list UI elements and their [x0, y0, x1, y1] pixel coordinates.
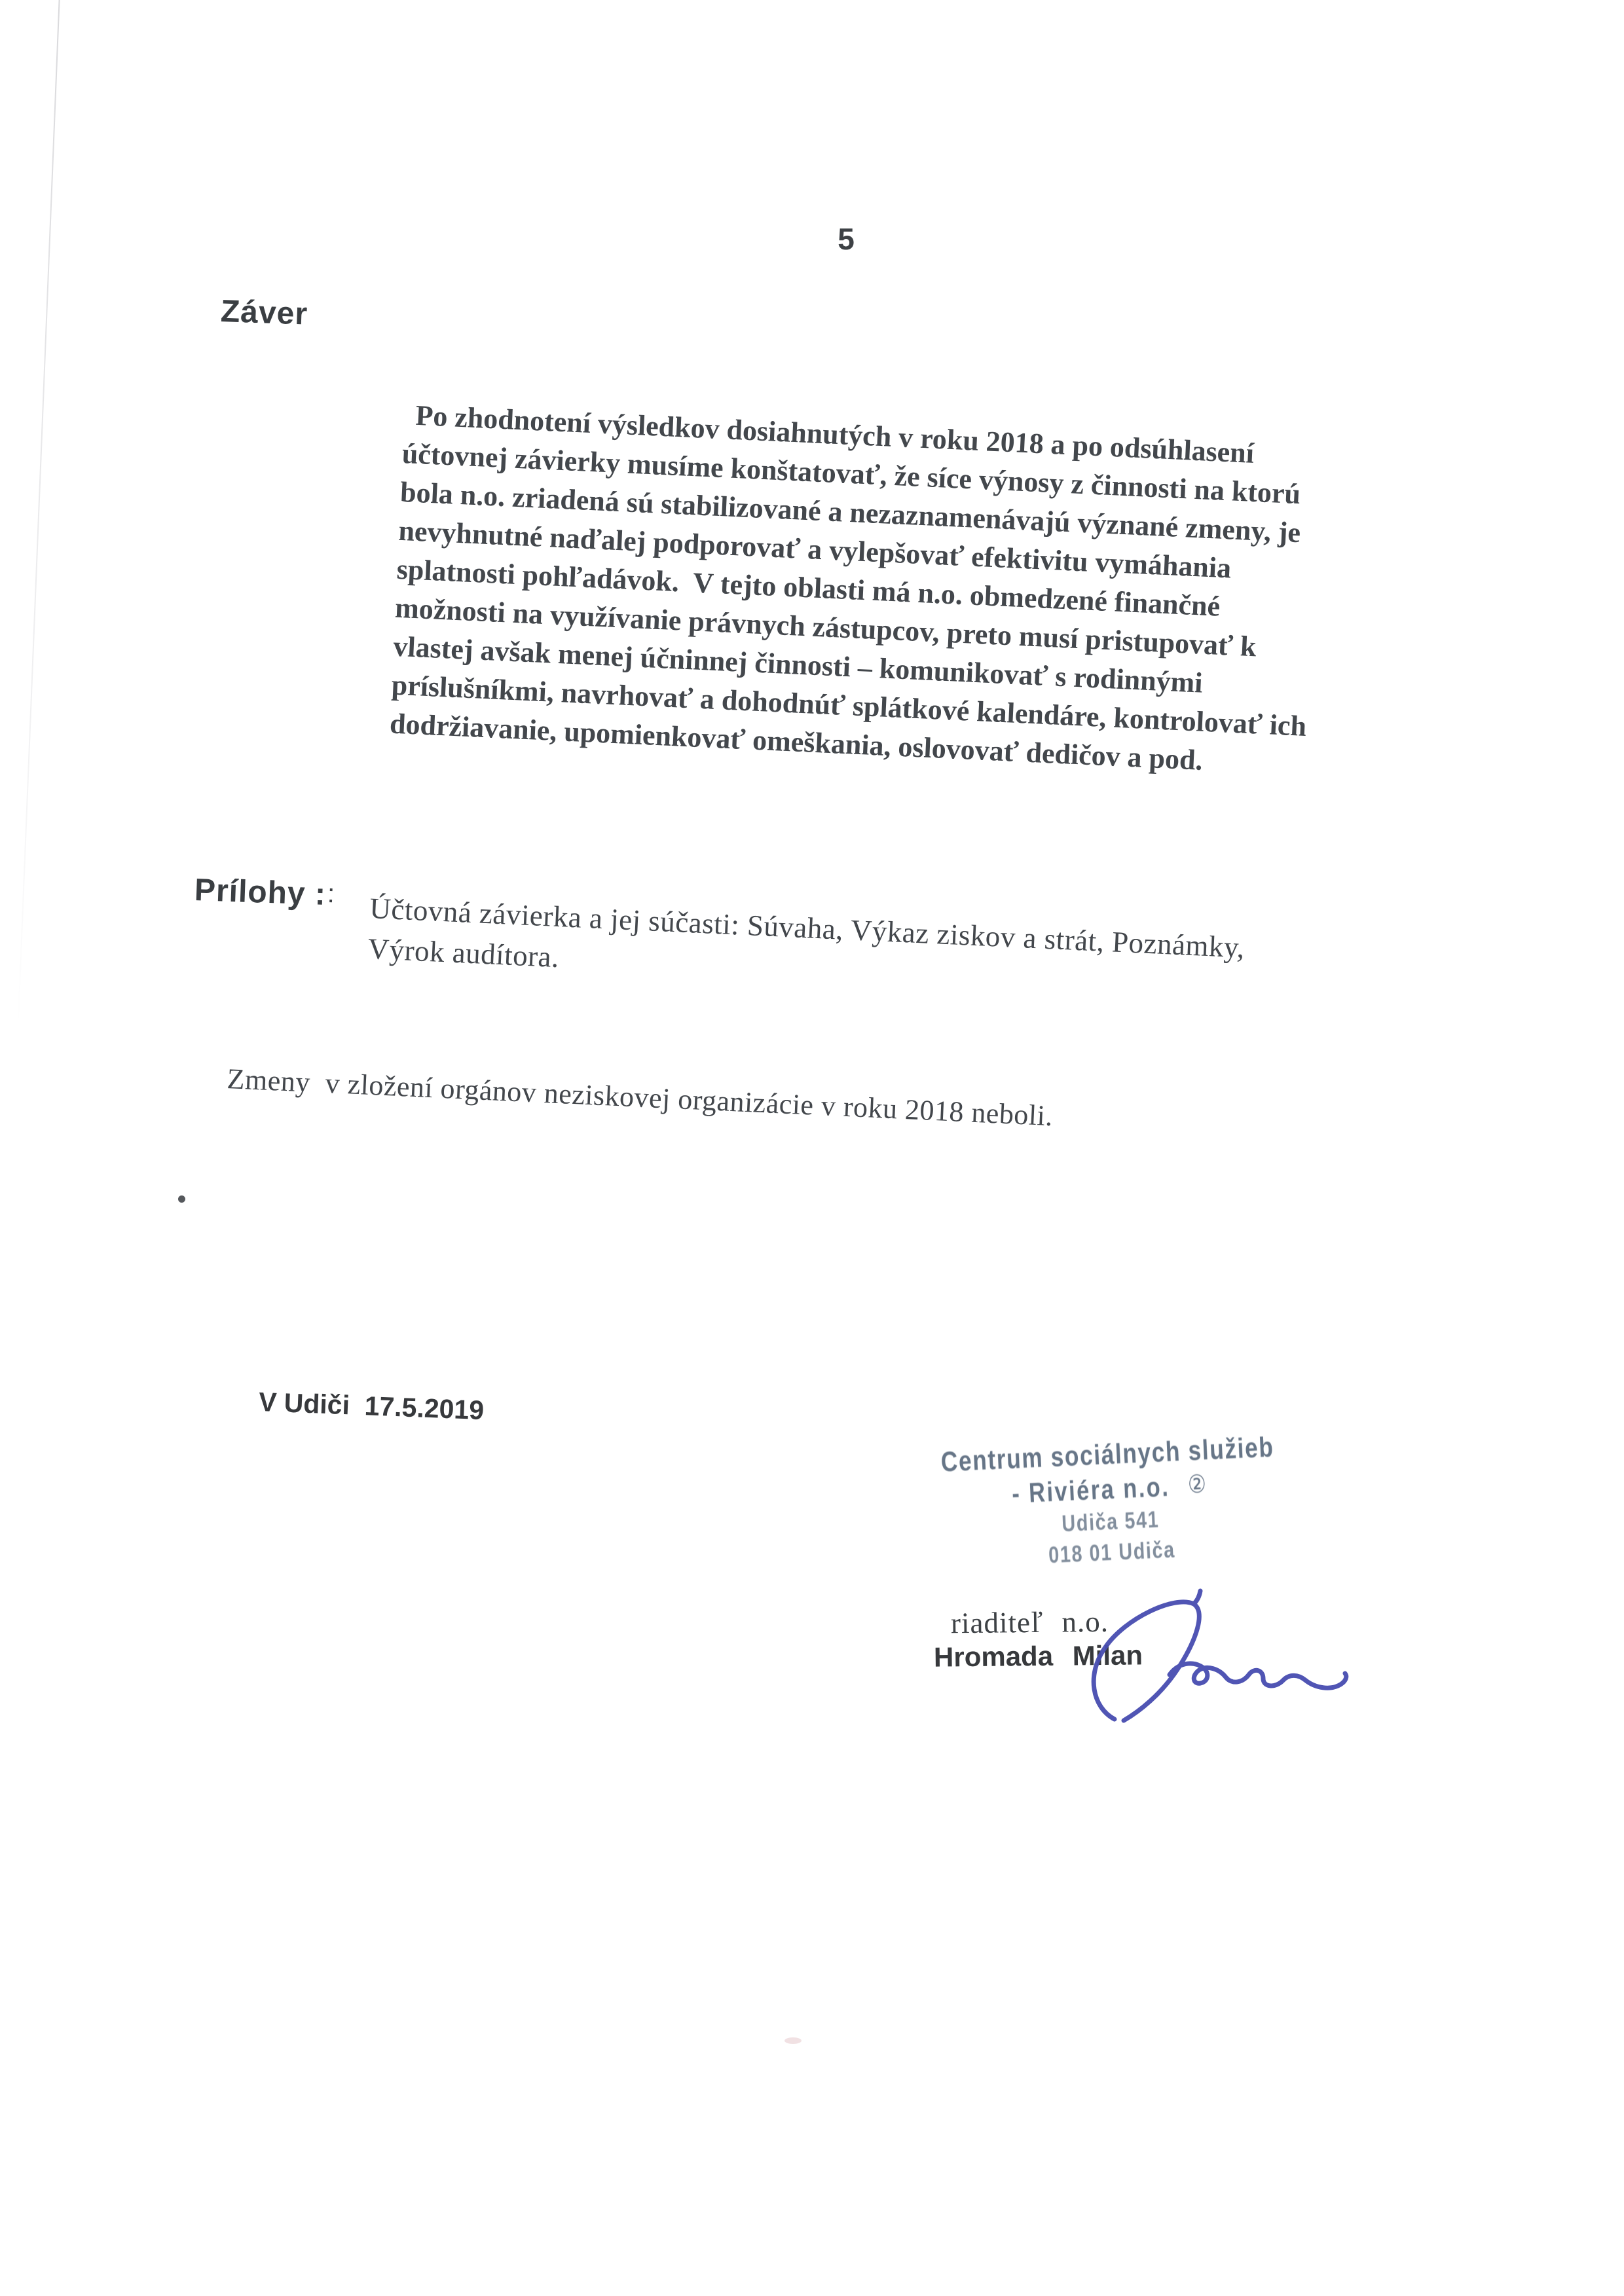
attachments-text: Účtovná závierka a jej súčasti: Súvaha, …: [367, 888, 1515, 1021]
conclusion-paragraph: Po zhodnotení výsledkov dosiahnutých v r…: [389, 395, 1517, 793]
conclusion-heading: Záver: [220, 293, 308, 333]
page-number: 5: [826, 221, 866, 257]
changes-note: Zmeny v zložení orgánov neziskovej organ…: [227, 1062, 1054, 1133]
scanned-document-page: 5 Záver Po zhodnotení výsledkov dosiahnu…: [0, 0, 1624, 2296]
attachments-label-text: Prílohy :: [194, 873, 327, 912]
scan-crease-line: [18, 0, 60, 1027]
stamp-badge-number: ②: [1187, 1470, 1207, 1499]
place-date: V Udiči 17.5.2019: [258, 1387, 485, 1426]
scan-smudge: [784, 2037, 802, 2044]
signature-image: [1048, 1558, 1414, 1755]
stamp-org-suffix-text: - Riviéra n.o.: [1011, 1471, 1170, 1509]
org-stamp: Centrum sociálnych služieb - Riviéra n.o…: [924, 1429, 1295, 1576]
attachments-label-suffix: :: [327, 879, 336, 908]
attachments-label: Prílohy ::: [194, 872, 336, 913]
stray-dot-mark: [178, 1195, 185, 1203]
